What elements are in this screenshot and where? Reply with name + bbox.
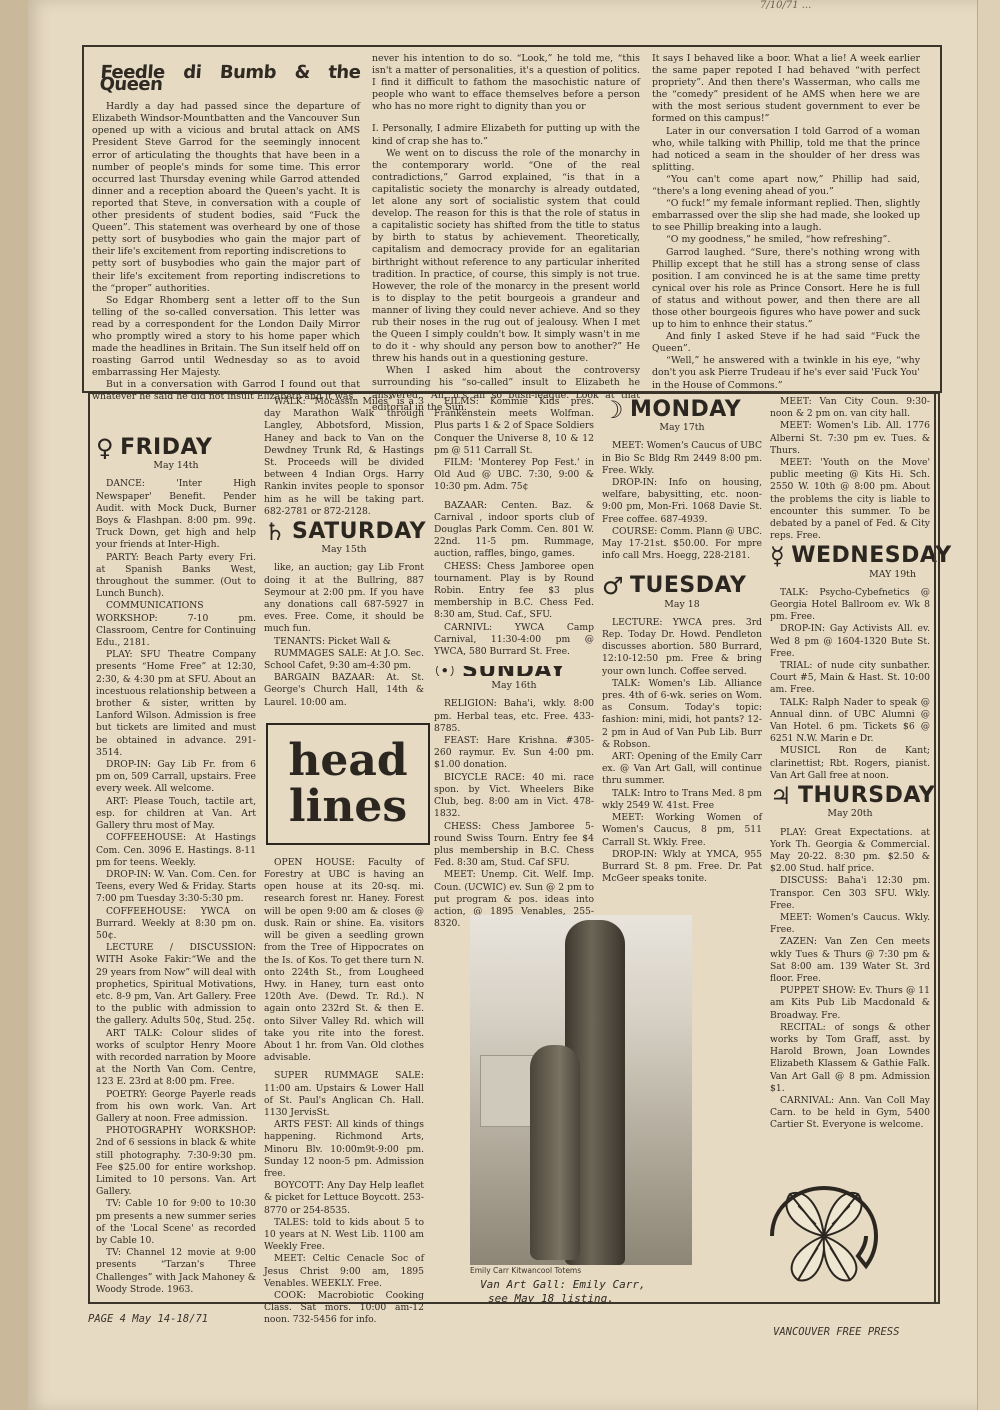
mars-symbol-icon: ♂ — [602, 580, 624, 592]
mercury-symbol-icon: ☿ — [770, 550, 785, 562]
page-number-footer: PAGE 4 May 14-18/71 — [88, 1313, 208, 1325]
listing-item: DISCUSS: Baha'i 12:30 pm. Transpor. Cen … — [770, 875, 930, 912]
listing-item: BOYCOTT: Any Day Help leaflet & picket f… — [264, 1180, 424, 1217]
article-paragraph: “O fuck!” my female informant replied. T… — [652, 198, 920, 234]
article-paragraph: It says I behaved like a boor. What a li… — [652, 53, 920, 126]
listing-item: TALK: Ralph Nader to speak @ Annual dinn… — [770, 697, 930, 746]
date-label: May 17th — [602, 422, 762, 434]
listing-item: DROP-IN: W. Van. Com. Cen. for Teens, ev… — [96, 869, 256, 906]
listing-item: MUSICL Ron de Kant; clarinettist; Rbt. R… — [770, 745, 930, 782]
listing-item: DROP-IN: Gay Lib Fr. from 6 pm on, 509 C… — [96, 759, 256, 796]
listing-item: MEET: Women's Caucus of UBC in Bio Sc Bl… — [602, 440, 762, 477]
day-heading-friday: ♀ FRIDAY — [96, 442, 256, 454]
listings-column-1: ♀ FRIDAY May 14th DANCE: 'Inter High New… — [96, 434, 256, 1296]
day-label: WEDNESDAY — [791, 550, 951, 562]
day-label: FRIDAY — [120, 442, 212, 454]
article-paragraph: petty sort of busybodies who gain the ma… — [92, 258, 360, 294]
listing-item: TRIAL: of nude city sunbather. Court #5,… — [770, 660, 930, 697]
listing-item: COFFEEHOUSE: YWCA on Burrard. Weekly at … — [96, 906, 256, 943]
listing-item: COFFEEHOUSE: At Hastings Com. Cen. 3096 … — [96, 832, 256, 869]
article-paragraph: I. Personally, I admire Elizabeth for pu… — [372, 123, 640, 147]
handwritten-note: 7/10/71 ... — [760, 0, 811, 11]
listing-item: LECTURE / DISCUSSION: WITH Asoke Fakir:“… — [96, 942, 256, 1027]
listing-item: SUPER RUMMAGE SALE: 11:00 am. Upstairs &… — [264, 1070, 424, 1119]
article-paragraph: We went on to discuss the role of the mo… — [372, 148, 640, 366]
day-heading-wednesday: ☿ WEDNESDAY — [770, 550, 930, 562]
listing-item: TV: Cable 10 for 9:00 to 10:30 pm presen… — [96, 1198, 256, 1247]
day-heading-monday: ☽ MONDAY — [602, 404, 762, 416]
date-label: May 15th — [264, 544, 424, 556]
listing-item: COURSE: Comm. Plann @ UBC. May 17-21st. … — [602, 526, 762, 563]
adjacent-page-edge — [977, 0, 1000, 1410]
article-column-2: never his intention to do so. “Look,” he… — [372, 53, 640, 414]
sun-symbol-icon: ☉ — [434, 666, 456, 676]
listing-item: MEET: Van City Coun. 9:30-noon & 2 pm on… — [770, 396, 930, 420]
listing-item: RUMMAGES SALE: At J.O. Sec. School Cafet… — [264, 648, 424, 672]
day-heading-saturday: ♄ SATURDAY — [264, 526, 424, 538]
listing-item: COMMUNICATIONS WORKSHOP: 7-10 pm. Classr… — [96, 600, 256, 649]
article-box: Feedle di Bumb & the Queen Hardly a day … — [82, 45, 942, 393]
listing-item: MEET: Celtic Cenacle Soc of Jesus Christ… — [264, 1253, 424, 1290]
date-label: MAY 19th — [770, 569, 930, 581]
listings-column-2: WALK: “Mocassin Miles” is a 3 day Marath… — [264, 396, 424, 1327]
listing-item: PLAY: Great Expectations. at York Th. Ge… — [770, 827, 930, 876]
listing-item: COOK: Macrobiotic Cooking Class. Sat mor… — [264, 1290, 424, 1327]
listing-item: BICYCLE RACE: 40 mi. race spon. by Vict.… — [434, 772, 594, 821]
saturn-symbol-icon: ♄ — [264, 526, 286, 538]
day-label: TUESDAY — [630, 580, 746, 592]
listings-column-3: FILMS: Kommie Kids pres. Frankenstein me… — [434, 396, 594, 930]
article-paragraph: Garrod laughed. “Sure, there's nothing w… — [652, 247, 920, 332]
listing-item: CHESS: Chess Jamboree open tournament. P… — [434, 561, 594, 622]
listing-item: DROP-IN: Gay Activists All. ev. Wed 8 pm… — [770, 623, 930, 660]
article-paragraph: “O my goodness,” he smiled, “how refresh… — [652, 234, 920, 246]
venus-symbol-icon: ♀ — [96, 442, 114, 454]
listing-item: PLAY: SFU Theatre Company presents “Home… — [96, 649, 256, 759]
listing-item: TALK: Intro to Trans Med. 8 pm wkly 2549… — [602, 788, 762, 812]
listing-item: MEET: Working Women of Women's Caucus, 8… — [602, 812, 762, 849]
listing-item: FILMS: Kommie Kids pres. Frankenstein me… — [434, 396, 594, 457]
listing-item: TENANTS: Picket Wall & — [264, 636, 424, 648]
listing-item: ART: Please Touch, tactile art, esp. for… — [96, 796, 256, 833]
listing-item: DROP-IN: Info on housing, welfare, babys… — [602, 477, 762, 526]
article-paragraph: Later in our conversation I told Garrod … — [652, 126, 920, 174]
headlines-logo: head lines — [266, 723, 430, 845]
listing-item: BAZAAR: Centen. Baz. & Carnival , indoor… — [434, 500, 594, 561]
date-label: May 18 — [602, 599, 762, 611]
day-label: SUNDAY — [462, 666, 566, 676]
article-paragraph: So Edgar Rhomberg sent a letter off to t… — [92, 295, 360, 380]
listing-item: ART: Opening of the Emily Carr ex. @ Van… — [602, 751, 762, 788]
day-label: MONDAY — [630, 404, 741, 416]
headlines-word: lines — [289, 784, 407, 830]
headlines-word: head — [288, 738, 407, 784]
article-paragraph: never his intention to do so. “Look,” he… — [372, 53, 640, 113]
listing-item: PHOTOGRAPHY WORKSHOP: 2nd of 6 sessions … — [96, 1125, 256, 1198]
listing-item: RELIGION: Baha'i, wkly. 8:00 pm. Herbal … — [434, 698, 594, 735]
listing-item: like, an auction; gay Lib Front doing it… — [264, 562, 424, 635]
carved-figure-shape — [530, 1045, 580, 1260]
day-label: THURSDAY — [798, 790, 935, 802]
publication-name-footer: VANCOUVER FREE PRESS — [773, 1326, 899, 1338]
listing-item: TALK: Women's Lib. Alliance pres. 4th of… — [602, 678, 762, 751]
listing-item: MEET: 'Youth on the Move' public meeting… — [770, 457, 930, 542]
caption-line: Van Art Gall: Emily Carr, — [480, 1278, 646, 1292]
listing-item: TALK: Psycho-Cybefnetics @ Georgia Hotel… — [770, 587, 930, 624]
photo-caption: Van Art Gall: Emily Carr, see May 18 lis… — [480, 1278, 646, 1306]
column-rule — [934, 392, 936, 1302]
listings-column-5: MEET: Van City Coun. 9:30-noon & 2 pm on… — [770, 396, 930, 1132]
listing-item: CHESS: Chess Jamboree 5-round Swiss Tour… — [434, 821, 594, 870]
article-paragraph: And finly I asked Steve if he had said “… — [652, 331, 920, 355]
emily-carr-totems-photo — [470, 915, 692, 1265]
day-heading-thursday: ♃ THURSDAY — [770, 790, 930, 802]
listing-item: DROP-IN: Wkly at YMCA, 955 Burrard St. 8… — [602, 849, 762, 886]
day-label: SATURDAY — [292, 526, 426, 538]
listing-item: WALK: “Mocassin Miles” is a 3 day Marath… — [264, 396, 424, 518]
jupiter-symbol-icon: ♃ — [770, 790, 792, 802]
article-paragraph: “Well,” he answered with a twinkle in hi… — [652, 355, 920, 391]
moon-symbol-icon: ☽ — [602, 404, 624, 416]
article-paragraph: “You can't come apart now,” Phillip had … — [652, 174, 920, 198]
listing-item: PARTY: Beach Party every Fri. at Spanish… — [96, 552, 256, 601]
article-column-3: It says I behaved like a boor. What a li… — [652, 53, 920, 392]
listing-item: PUPPET SHOW: Ev. Thurs @ 11 am Kits Pub … — [770, 985, 930, 1022]
listing-item: FEAST: Hare Krishna. #305-260 raymur. Ev… — [434, 735, 594, 772]
article-headline: Feedle di Bumb & the Queen — [99, 67, 361, 91]
listing-item: POETRY: George Payerle reads from his ow… — [96, 1089, 256, 1126]
date-label: May 20th — [770, 808, 930, 820]
listing-item: RECITAL: of songs & other works by Tom G… — [770, 1022, 930, 1095]
day-heading-sunday: ☉ SUNDAY — [434, 666, 594, 676]
caption-line: see May 18 listing. — [480, 1292, 646, 1306]
listing-item: BARGAIN BAZAAR: At. St. George's Church … — [264, 672, 424, 709]
listing-item: ART TALK: Colour slides of works of scul… — [96, 1028, 256, 1089]
photo-credit: Emily Carr Kitwancool Totems — [470, 1266, 581, 1275]
listing-item: ZAZEN: Van Zen Cen meets wkly Tues & Thu… — [770, 936, 930, 985]
date-label: May 14th — [96, 460, 256, 472]
listing-item: DANCE: 'Inter High Newspaper' Benefit. P… — [96, 478, 256, 551]
date-label: May 16th — [434, 680, 594, 692]
listings-column-4: ☽ MONDAY May 17th MEET: Women's Caucus o… — [602, 396, 762, 885]
day-heading-tuesday: ♂ TUESDAY — [602, 580, 762, 592]
listing-item: MEET: Women's Caucus. Wkly. Free. — [770, 912, 930, 936]
listing-item: LECTURE: YWCA pres. 3rd Rep. Today Dr. H… — [602, 617, 762, 678]
listing-item: TALES: told to kids about 5 to 10 years … — [264, 1217, 424, 1254]
leaf-ornament-icon — [768, 1186, 880, 1286]
listing-item: FILM: 'Monterey Pop Fest.' in Old Aud @ … — [434, 457, 594, 494]
listing-item: CARNIVL: YWCA Camp Carnival, 11:30-4:00 … — [434, 622, 594, 659]
listing-item: MEET: Women's Lib. All. 1776 Alberni St.… — [770, 420, 930, 457]
article-paragraph: Hardly a day had passed since the depart… — [92, 101, 360, 258]
listing-item: OPEN HOUSE: Faculty of Forestry at UBC i… — [264, 857, 424, 1064]
listing-item: TV: Channel 12 movie at 9:00 presents “T… — [96, 1247, 256, 1296]
listing-item: ARTS FEST: All kinds of things happening… — [264, 1119, 424, 1180]
listing-item: CARNIVAL: Ann. Van Coll May Carn. to be … — [770, 1095, 930, 1132]
article-column-1: Feedle di Bumb & the Queen Hardly a day … — [92, 53, 360, 404]
